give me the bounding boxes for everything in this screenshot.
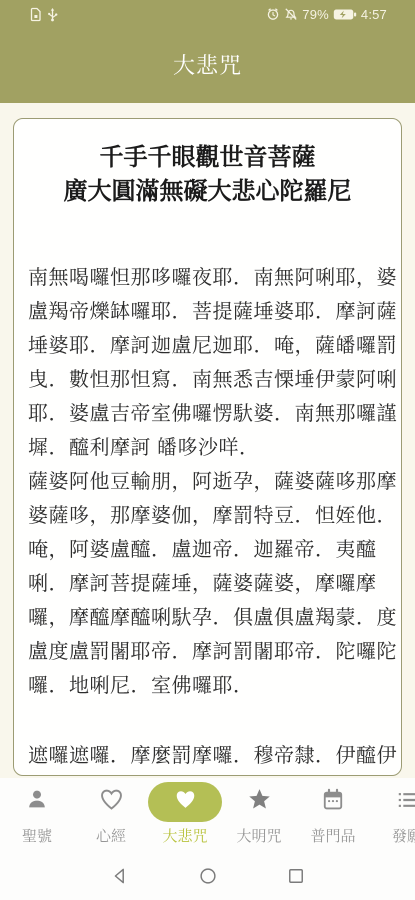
scripture-line: 囉．地唎尼．室佛囉耶． — [28, 669, 387, 703]
tab-pu-men-pin[interactable]: 普門品 — [296, 782, 370, 846]
tab-label: 普門品 — [310, 825, 355, 846]
alarm-clock-icon — [266, 7, 280, 21]
tab-xin-jing[interactable]: 心經 — [74, 782, 148, 846]
scripture-line: 盧度盧罰闍耶帝．摩訶罰闍耶帝．陀囉陀 — [28, 635, 387, 669]
battery-percent: 79% — [302, 7, 329, 22]
status-bar: 79% 4:57 — [0, 0, 415, 26]
scripture-line: 曳．數怛那怛寫．南無悉吉慄埵伊蒙阿唎 — [28, 363, 387, 397]
scripture-paragraph-2: 遮囉遮囉．摩麼罰摩囉．穆帝隸．伊醯伊 — [28, 739, 387, 773]
scripture-line: 唵，阿婆盧醯．盧迦帝．迦羅帝．夷醯 — [28, 533, 387, 567]
scripture-title: 千手千眼觀世音菩薩 廣大圓滿無礙大悲心陀羅尼 — [28, 141, 387, 209]
scripture-line: 遮囉遮囉．摩麼罰摩囉．穆帝隸．伊醯伊 — [28, 739, 387, 773]
scripture-line: 埵婆耶．摩訶迦盧尼迦耶．唵，薩皤囉罰 — [28, 329, 387, 363]
tab-sheng-hao[interactable]: 聖號 — [0, 782, 74, 846]
tab-da-ming-zhou[interactable]: 大明咒 — [222, 782, 296, 846]
scripture-line: 盧羯帝爍缽囉耶．菩提薩埵婆耶．摩訶薩 — [28, 295, 387, 329]
tab-icon-wrap — [296, 782, 370, 822]
scripture-scroll-area[interactable]: 千手千眼觀世音菩薩 廣大圓滿無礙大悲心陀羅尼 南無喝囉怛那哆囉夜耶．南無阿唎耶，… — [13, 118, 402, 776]
page-title: 大悲咒 — [173, 49, 242, 80]
back-button[interactable] — [108, 864, 132, 888]
tab-label: 發願 — [392, 825, 415, 846]
scripture-line: 耶．婆盧吉帝室佛囉愣馱婆．南無那囉謹 — [28, 397, 387, 431]
scripture-line: 薩婆阿他豆輸朋，阿逝孕，薩婆薩哆那摩 — [28, 465, 387, 499]
scripture-title-line2: 廣大圓滿無礙大悲心陀羅尼 — [28, 175, 387, 209]
scripture-title-line1: 千手千眼觀世音菩薩 — [28, 141, 387, 175]
content-area: 千手千眼觀世音菩薩 廣大圓滿無礙大悲心陀羅尼 南無喝囉怛那哆囉夜耶．南無阿唎耶，… — [0, 103, 415, 778]
heart-outline-icon — [98, 786, 125, 818]
active-tab-pill — [148, 782, 222, 822]
tab-label: 大悲咒 — [162, 825, 207, 846]
tab-icon-wrap — [370, 782, 415, 822]
tab-label: 聖號 — [22, 825, 52, 846]
recents-button[interactable] — [284, 864, 308, 888]
clock-time: 4:57 — [361, 7, 387, 22]
list-icon — [394, 787, 415, 818]
app-header: 大悲咒 — [0, 26, 415, 103]
tab-label: 心經 — [96, 825, 126, 846]
tab-icon-wrap — [74, 782, 148, 822]
bottom-tab-bar: 聖號 心經 大悲咒 大明咒 普門品 — [0, 778, 415, 852]
scripture-paragraph-1: 南無喝囉怛那哆囉夜耶．南無阿唎耶，婆 盧羯帝爍缽囉耶．菩提薩埵婆耶．摩訶薩 埵婆… — [28, 261, 387, 703]
battery-icon — [333, 8, 357, 21]
status-right-cluster: 79% 4:57 — [266, 7, 387, 22]
tab-fa-yuan[interactable]: 發願 — [370, 782, 415, 846]
tab-label: 大明咒 — [236, 825, 281, 846]
home-button[interactable] — [196, 864, 220, 888]
notifications-off-icon — [284, 7, 298, 21]
calendar-icon — [320, 787, 346, 818]
person-icon — [24, 787, 50, 818]
tab-icon-wrap — [0, 782, 74, 822]
tab-icon-wrap — [222, 782, 296, 822]
scripture-line: 婆薩哆，那摩婆伽，摩罰特豆．怛姪他． — [28, 499, 387, 533]
scripture-line: 囉，摩醯摩醯唎馱孕．俱盧俱盧羯蒙．度 — [28, 601, 387, 635]
usb-icon — [46, 7, 59, 22]
scripture-line: 南無喝囉怛那哆囉夜耶．南無阿唎耶，婆 — [28, 261, 387, 295]
heart-filled-icon — [173, 787, 198, 817]
scripture-line: 唎．摩訶菩提薩埵，薩婆薩婆，摩囉摩 — [28, 567, 387, 601]
sim-card-icon — [30, 7, 42, 22]
android-navigation-bar — [0, 852, 415, 900]
scripture-line: 墀．醯利摩訶 皤哆沙咩． — [28, 431, 387, 465]
star-icon — [246, 786, 273, 818]
tab-da-bei-zhou-active[interactable]: 大悲咒 — [148, 782, 222, 846]
status-left-icons — [30, 7, 59, 22]
